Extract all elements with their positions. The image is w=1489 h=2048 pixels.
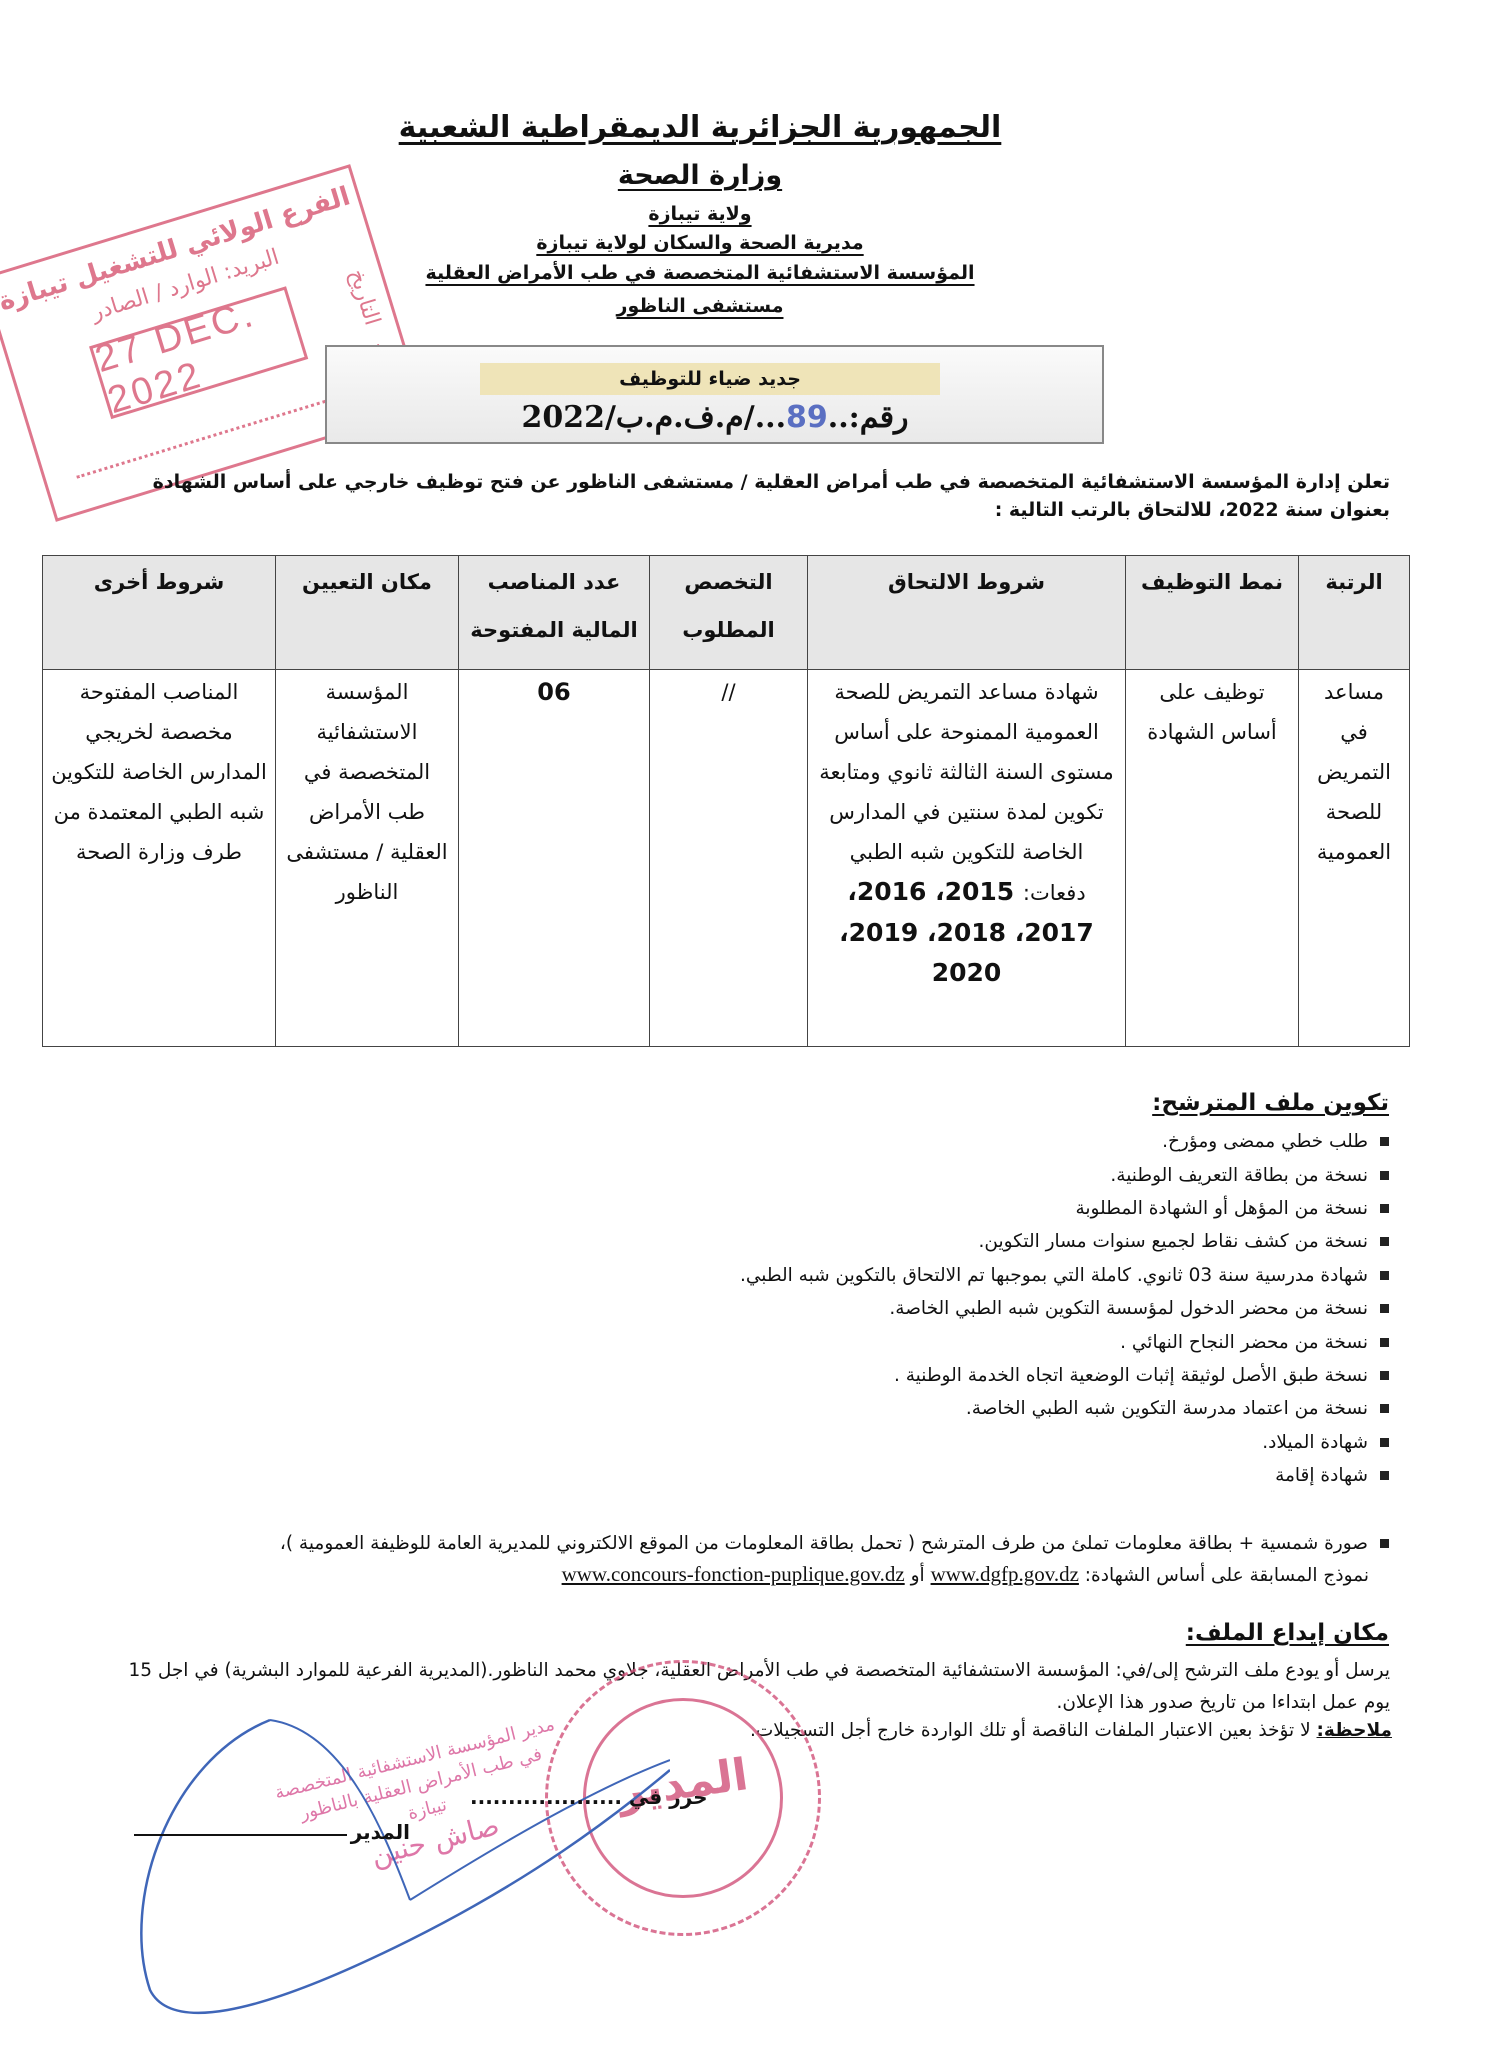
list-item: شهادة مدرسية سنة 03 ثانوي. كاملة التي بم… bbox=[89, 1259, 1389, 1292]
stamp-date-label: التاريخ bbox=[344, 266, 385, 328]
list-item: شهادة إقامة bbox=[89, 1459, 1389, 1492]
item-text: طلب خطي ممضى ومؤرخ. bbox=[1162, 1125, 1368, 1158]
list-item: شهادة الميلاد. bbox=[89, 1426, 1389, 1459]
cell-place: المؤسسة الاستشفائية المتخصصة في طب الأمر… bbox=[276, 670, 459, 1047]
cohorts-label: دفعات: bbox=[1023, 881, 1086, 905]
cell-positions: 06 bbox=[459, 670, 650, 1047]
bullet-icon bbox=[1380, 1204, 1389, 1213]
handwritten-signature-icon bbox=[110, 1700, 670, 2030]
deposit-section-title: مكان إيداع الملف: bbox=[1186, 1620, 1389, 1646]
positions-table: الرتبة نمط التوظيف شروط الالتحاق التخصص … bbox=[42, 555, 1410, 1047]
bullet-icon bbox=[1380, 1438, 1389, 1447]
header-conditions: شروط الالتحاق bbox=[808, 556, 1126, 670]
bullet-icon bbox=[1380, 1171, 1389, 1180]
bullet-icon bbox=[1380, 1137, 1389, 1146]
ref-suffix: .../م.ف.م.ب/2022 bbox=[521, 400, 786, 435]
photo-item: صورة شمسية + بطاقة معلومات تملئ من طرف ا… bbox=[49, 1533, 1389, 1554]
bullet-icon bbox=[1380, 1338, 1389, 1347]
note-label: ملاحظة: bbox=[1317, 1720, 1392, 1741]
cell-specialty: // bbox=[650, 670, 808, 1047]
announcement-intro: تعلن إدارة المؤسسة الاستشفائية المتخصصة … bbox=[150, 468, 1390, 524]
bullet-icon bbox=[1380, 1404, 1389, 1413]
header-mode: نمط التوظيف bbox=[1126, 556, 1299, 670]
director-title: المدير bbox=[130, 1820, 410, 1844]
list-item: نسخة من محضر النجاح النهائي . bbox=[89, 1325, 1389, 1358]
header-rank: الرتبة bbox=[1299, 556, 1410, 670]
item-text: شهادة الميلاد. bbox=[1262, 1426, 1368, 1459]
model-text: نموذج المسابقة على أساس الشهادة: bbox=[1085, 1565, 1369, 1586]
required-documents-list: طلب خطي ممضى ومؤرخ. نسخة من بطاقة التعري… bbox=[89, 1125, 1389, 1492]
watermark-banner: جديد ضياء للتوظيف bbox=[480, 363, 940, 395]
item-text: نسخة طبق الأصل لوثيقة إثبات الوضعية اتجا… bbox=[894, 1359, 1368, 1392]
list-item: نسخة من بطاقة التعريف الوطنية. bbox=[89, 1158, 1389, 1191]
republic-title: الجمهورية الجزائرية الديمقراطية الشعبية bbox=[170, 110, 1230, 145]
list-item: نسخة طبق الأصل لوثيقة إثبات الوضعية اتجا… bbox=[89, 1359, 1389, 1392]
intro-line-2: بعنوان سنة 2022، للالتحاق بالرتب التالية… bbox=[150, 496, 1390, 524]
header-specialty: التخصص المطلوب bbox=[650, 556, 808, 670]
ref-handwritten-number: 89 bbox=[786, 400, 828, 435]
cell-other: المناصب المفتوحة مخصصة لخريجي المدارس ال… bbox=[43, 670, 276, 1047]
intro-line-1: تعلن إدارة المؤسسة الاستشفائية المتخصصة … bbox=[150, 468, 1390, 496]
list-item: نسخة من المؤهل أو الشهادة المطلوبة bbox=[89, 1192, 1389, 1225]
list-item: نسخة من محضر الدخول لمؤسسة التكوين شبه ا… bbox=[89, 1292, 1389, 1325]
list-item: نسخة من اعتماد مدرسة التكوين شبه الطبي ا… bbox=[89, 1392, 1389, 1425]
bullet-icon bbox=[1380, 1237, 1389, 1246]
header-other: شروط أخرى bbox=[43, 556, 276, 670]
reference-number: رقم:..89.../م.ف.م.ب/2022 bbox=[500, 400, 930, 435]
file-section-title: تكوين ملف المترشح: bbox=[1152, 1090, 1389, 1116]
item-text: شهادة مدرسية سنة 03 ثانوي. كاملة التي بم… bbox=[740, 1259, 1368, 1292]
director-underline bbox=[134, 1820, 347, 1836]
item-text: نسخة من المؤهل أو الشهادة المطلوبة bbox=[1075, 1192, 1368, 1225]
item-text: شهادة إقامة bbox=[1275, 1459, 1368, 1492]
item-text: نسخة من كشف نقاط لجميع سنوات مسار التكوي… bbox=[978, 1225, 1368, 1258]
table-row: مساعد في التمريض للصحة العمومية توظيف عل… bbox=[43, 670, 1410, 1047]
list-item: طلب خطي ممضى ومؤرخ. bbox=[89, 1125, 1389, 1158]
director-label: المدير bbox=[351, 1820, 410, 1844]
ref-prefix: رقم:.. bbox=[828, 400, 909, 435]
list-item: نسخة من كشف نقاط لجميع سنوات مسار التكوي… bbox=[89, 1225, 1389, 1258]
cohorts: دفعات: 2015، 2016، 2017، 2018، 2019، 202… bbox=[816, 872, 1117, 993]
bullet-icon bbox=[1380, 1371, 1389, 1380]
item-text: نسخة من محضر الدخول لمؤسسة التكوين شبه ا… bbox=[889, 1292, 1368, 1325]
cell-mode: توظيف على أساس الشهادة bbox=[1126, 670, 1299, 1047]
bullet-icon bbox=[1380, 1539, 1389, 1548]
item-text: نسخة من محضر النجاح النهائي . bbox=[1120, 1326, 1368, 1359]
bullet-icon bbox=[1380, 1271, 1389, 1280]
item-text: نسخة من بطاقة التعريف الوطنية. bbox=[1110, 1159, 1368, 1192]
model-line: نموذج المسابقة على أساس الشهادة: www.dgf… bbox=[169, 1562, 1369, 1587]
cell-rank: مساعد في التمريض للصحة العمومية bbox=[1299, 670, 1410, 1047]
note-text: لا تؤخذ بعين الاعتبار الملفات الناقصة أو… bbox=[750, 1720, 1311, 1741]
bullet-icon bbox=[1380, 1304, 1389, 1313]
photo-item-text: صورة شمسية + بطاقة معلومات تملئ من طرف ا… bbox=[280, 1533, 1368, 1554]
header-place: مكان التعيين bbox=[276, 556, 459, 670]
signed-at: حرر في .................... bbox=[470, 1785, 708, 1809]
cell-conditions: شهادة مساعد التمريض للصحة العمومية الممن… bbox=[808, 670, 1126, 1047]
or-text: أو bbox=[911, 1565, 925, 1586]
link-dgfp[interactable]: www.dgfp.gov.dz bbox=[931, 1562, 1079, 1586]
bullet-icon bbox=[1380, 1471, 1389, 1480]
conditions-text: شهادة مساعد التمريض للصحة العمومية الممن… bbox=[816, 672, 1117, 872]
note: ملاحظة: لا تؤخذ بعين الاعتبار الملفات ال… bbox=[750, 1720, 1392, 1741]
table-header-row: الرتبة نمط التوظيف شروط الالتحاق التخصص … bbox=[43, 556, 1410, 670]
item-text: نسخة من اعتماد مدرسة التكوين شبه الطبي ا… bbox=[966, 1392, 1368, 1425]
link-concours[interactable]: www.concours-fonction-puplique.gov.dz bbox=[562, 1562, 905, 1586]
header-positions: عدد المناصب المالية المفتوحة bbox=[459, 556, 650, 670]
